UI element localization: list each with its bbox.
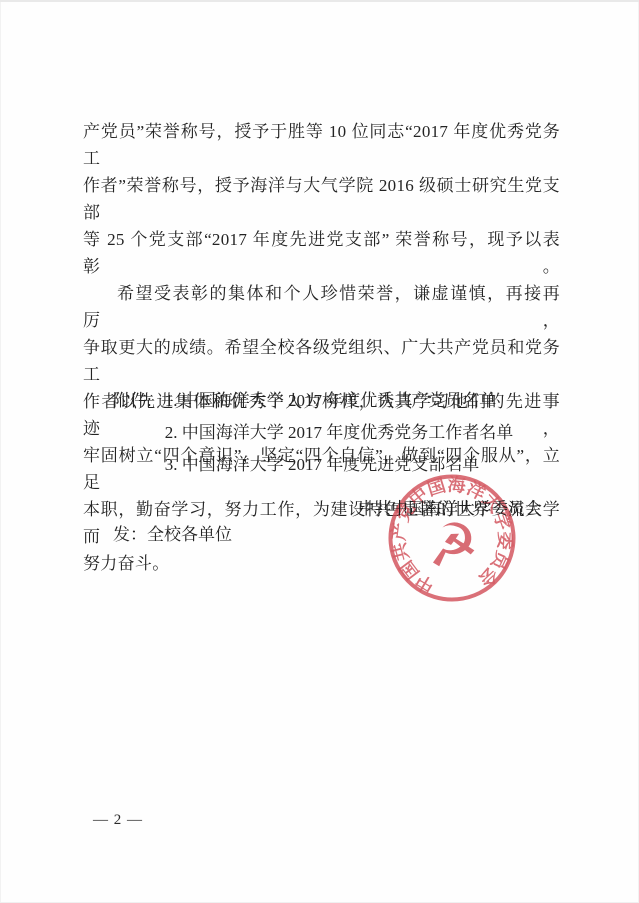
document-page: 产党员”荣誉称号，授予于胜等 10 位同志“2017 年度优秀党务工 作者”荣誉… — [0, 0, 639, 903]
hammer-sickle-icon: ☭ — [424, 509, 482, 581]
paragraph1-line: 等 25 个党支部“2017 年度先进党支部” 荣誉称号，现予以表彰。 — [83, 226, 560, 280]
distribution-line: 发：全校各单位 — [113, 520, 232, 545]
page-number: — 2 — — [93, 812, 143, 829]
distribution-label: 发： — [113, 525, 147, 544]
seal-graphic: 中国共产党中国海洋大学委员会 ☭ — [382, 468, 523, 609]
paragraph1-line: 产党员”荣誉称号，授予于胜等 10 位同志“2017 年度优秀党务工 — [83, 118, 560, 172]
paragraph2-line: 争取更大的成绩。希望全校各级党组织、广大共产党员和党务工 — [83, 334, 560, 388]
official-seal: 中国共产党中国海洋大学委员会 ☭ — [382, 468, 523, 609]
attachment-list: 附件: 1. 中国海洋大学 2017 年度优秀共产党员名单 2. 中国海洋大学 … — [113, 385, 513, 481]
attachment-items: 1. 中国海洋大学 2017 年度优秀共产党员名单 2. 中国海洋大学 2017… — [165, 385, 514, 481]
attachment-item: 2. 中国海洋大学 2017 年度优秀党务工作者名单 — [165, 417, 514, 449]
committee-signature: 中共中国海洋大学委员会 — [358, 495, 548, 519]
distribution-recipients: 全校各单位 — [147, 525, 232, 544]
paragraph1-line: 作者”荣誉称号，授予海洋与大气学院 2016 级硕士研究生党支部 — [83, 172, 560, 226]
attachment-label: 附件: — [113, 385, 152, 481]
attachment-item: 1. 中国海洋大学 2017 年度优秀共产党员名单 — [165, 385, 514, 417]
paragraph2-line: 希望受表彰的集体和个人珍惜荣誉，谦虚谨慎，再接再厉， — [83, 280, 560, 334]
